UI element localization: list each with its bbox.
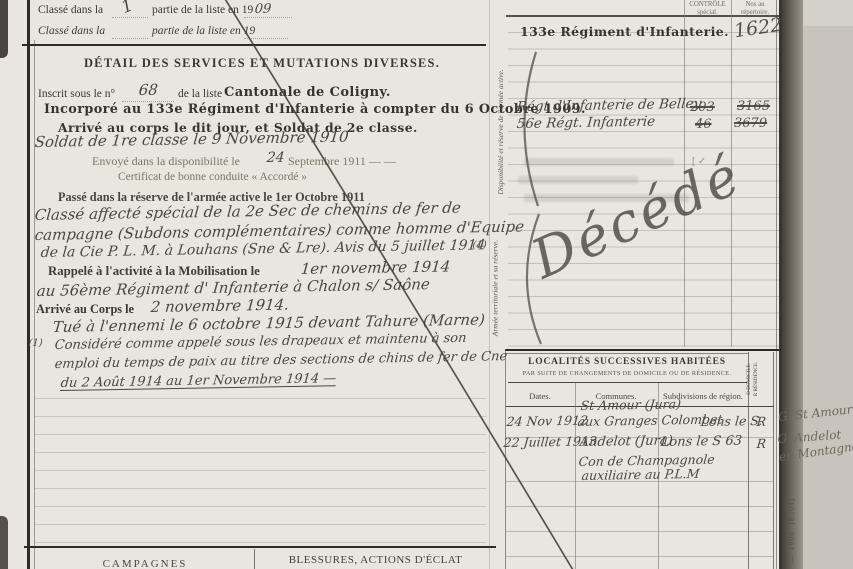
- inscrit-mid: de la liste: [178, 88, 222, 100]
- envoye-day: 24: [266, 150, 285, 166]
- localites-top-rule2: [505, 353, 748, 354]
- page-spine: [781, 0, 803, 569]
- localites-row2-subdiv: Lons le S 63: [660, 434, 743, 450]
- corps-row-belley: Régt d'Infanterie de Belley: [516, 96, 702, 115]
- page-edge-top: [803, 0, 853, 26]
- label-territoriale: Armée territoriale et sa réserve.: [491, 216, 503, 361]
- classe-line-1-pre: Classé dans la: [38, 4, 103, 16]
- corps-row-56: 56e Régt. Infanterie: [516, 114, 656, 132]
- page-edge: [803, 0, 853, 569]
- corps-row-133: 133e Régiment d'Infanterie.: [520, 24, 729, 39]
- dr-header-line1: D DOMICILE.: [746, 363, 752, 395]
- inscrit-pre: Inscrit sous le n°: [38, 88, 115, 100]
- note-line-2: emploi du temps de paix au titre des sec…: [54, 349, 508, 372]
- localites-title: LOCALITÉS SUCCESSIVES HABITÉES: [508, 357, 746, 367]
- inscrit-numero: 68: [138, 81, 159, 99]
- localites-row-rule: [506, 506, 773, 507]
- classe-line-2-pre: Classé dans la: [38, 25, 105, 37]
- classe-line-1-hand-year: 09: [254, 2, 272, 17]
- inscrit-liste: Cantonale de Coligny.: [224, 85, 391, 100]
- corps-right-border: [776, 0, 777, 569]
- corps-header-rule: [506, 15, 780, 17]
- certificat-line: Certificat de bonne conduite « Accordé »: [118, 171, 307, 183]
- corps-row-56-repertoire-no: 3679: [734, 116, 767, 131]
- repertoire-header-line1: Nos au: [745, 1, 764, 8]
- localites-col-dates: Dates.: [506, 391, 574, 401]
- corps-row-belley-repertoire-no: 3165: [737, 99, 770, 114]
- section-rule-bottom: [24, 546, 496, 548]
- localites-row1-dr: R: [756, 414, 767, 429]
- edge-smudge-top: [0, 0, 8, 58]
- military-record-scan: Classé dans la 1 partie de la liste en 1…: [0, 0, 853, 569]
- faded-stamp: [518, 176, 638, 184]
- localites-row-rule: [506, 556, 773, 557]
- note-line-3: du 2 Août 1914 au 1er Novembre 1914 —: [60, 371, 337, 391]
- dr-right-divider: [773, 352, 774, 569]
- edge-smudge-bottom: [0, 516, 8, 569]
- corps-right-border-heavy: [779, 0, 782, 569]
- localites-row-rule: [506, 531, 773, 532]
- dr-header-line2: R RÉSIDENCE.: [753, 362, 759, 397]
- subdiv-dr-divider: [748, 352, 749, 569]
- classe-line-1-mid: partie de la liste en 19: [152, 4, 253, 16]
- localites-row3-commune-b: auxiliaire au P.L.M: [581, 466, 700, 483]
- localites-subtitle: PAR SUITE DE CHANGEMENTS DE DOMICILE OU …: [508, 370, 746, 377]
- blank-ruling: [34, 398, 486, 544]
- services-title: DÉTAIL DES SERVICES ET MUTATIONS DIVERSE…: [42, 56, 482, 71]
- localites-row1-subdiv: Lons le S.: [700, 413, 763, 429]
- envoye-post: Septembre 1911 — —: [288, 154, 396, 169]
- affecte-note-mark: (1): [472, 240, 487, 251]
- localites-row2-dr: R: [756, 436, 767, 451]
- localites-row1-commune-a: St Amour (Jura): [580, 396, 682, 413]
- localites-top-rule: [505, 349, 781, 351]
- campagnes-title: CAMPAGNES: [70, 558, 220, 569]
- blessures-title: BLESSURES, ACTIONS D'ÉCLAT: [268, 554, 483, 566]
- note-mark: (1): [28, 338, 43, 349]
- arrive2-hand: 2 novembre 1914.: [150, 296, 290, 316]
- classe-line-2-mid: partie de la liste en 19: [152, 25, 255, 37]
- section-rule-top: [22, 44, 486, 46]
- localites-left-border: [505, 349, 506, 569]
- dotted-rule: [244, 16, 292, 18]
- edge-imprint: — 1906. [8501]: [787, 485, 799, 569]
- dotted-rule: [244, 37, 288, 39]
- rappele-pre: Rappelé à l'activité à la Mobilisation l…: [48, 264, 260, 279]
- faded-stamp: [524, 158, 674, 166]
- dotted-rule: [112, 37, 148, 39]
- localites-header-rule: [508, 382, 747, 383]
- dates-communes-divider: [575, 383, 576, 569]
- envoye-pre: Envoyé dans la disponibilité le: [92, 154, 240, 169]
- left-border: [27, 0, 30, 569]
- label-disponibilite: Disponibilité et réserve de l'armée acti…: [496, 37, 508, 227]
- controle-header-line1: CONTRÔLE: [689, 1, 725, 8]
- arrive2-pre: Arrivé au Corps le: [36, 302, 134, 317]
- bottom-divider: [254, 549, 255, 569]
- corps-row-belley-controle-no: 203: [690, 100, 715, 115]
- corps-row-56-controle-no: 46: [695, 117, 712, 132]
- dotted-rule: [112, 16, 148, 18]
